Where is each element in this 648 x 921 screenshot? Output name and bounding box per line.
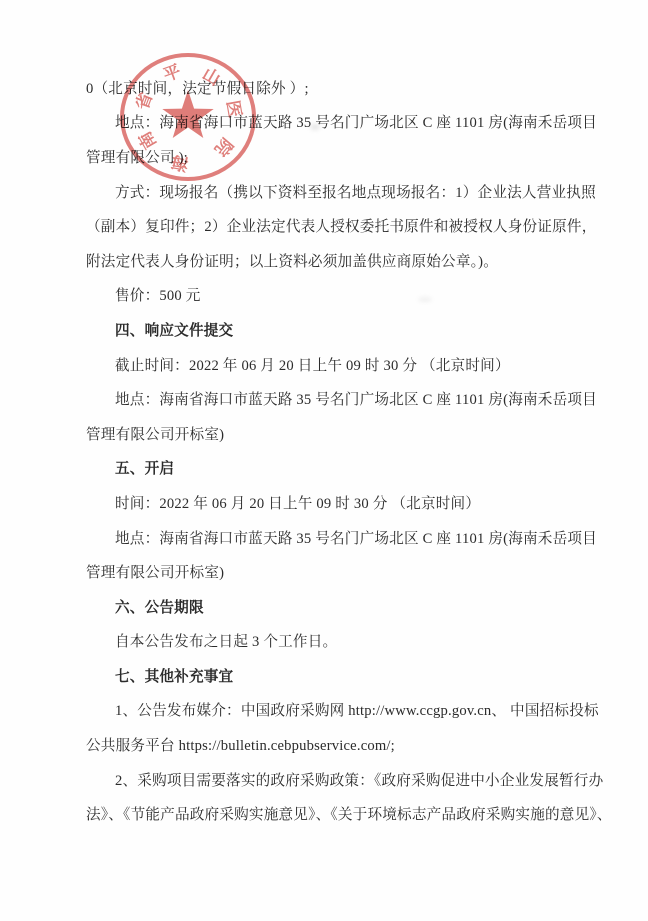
document-line: 2、采购项目需要落实的政府采购政策：《政府采购促进中小企业发展暂行办	[86, 762, 591, 797]
document-line: 法》、《节能产品政府采购实施意见》、《关于环境标志产品政府采购实施的意见》、	[86, 796, 591, 831]
document-line: 地点：海南省海口市蓝天路 35 号名门广场北区 C 座 1101 房(海南禾岳项…	[86, 520, 591, 555]
document-line: 地点：海南省海口市蓝天路 35 号名门广场北区 C 座 1101 房(海南禾岳项…	[86, 381, 591, 416]
document-line: 截止时间：2022 年 06 月 20 日上午 09 时 30 分 （北京时间）	[86, 347, 591, 382]
document-line: 六、公告期限	[86, 589, 591, 624]
document-line: 售价：500 元	[86, 278, 591, 313]
document-line: （副本）复印件；2）企业法定代表人授权委托书原件和被授权人身份证原件，	[86, 208, 591, 243]
document-line: 七、其他补充事宜	[86, 658, 591, 693]
document-line: 管理有限公司开标室)	[86, 554, 591, 589]
document-line: 时间：2022 年 06 月 20 日上午 09 时 30 分 （北京时间）	[86, 485, 591, 520]
document-line: 四、响应文件提交	[86, 312, 591, 347]
document-line: 0（北京时间，法定节假日除外 ）;	[86, 70, 591, 105]
document-line: 地点：海南省海口市蓝天路 35 号名门广场北区 C 座 1101 房(海南禾岳项…	[86, 105, 591, 140]
document-body: 0（北京时间，法定节假日除外 ）;地点：海南省海口市蓝天路 35 号名门广场北区…	[86, 70, 591, 831]
scan-smudge	[418, 297, 432, 302]
document-line: 自本公告发布之日起 3 个工作日。	[86, 624, 591, 659]
scanned-document-page: 0（北京时间，法定节假日除外 ）;地点：海南省海口市蓝天路 35 号名门广场北区…	[0, 0, 648, 921]
document-line: 公共服务平台 https://bulletin.cebpubservice.co…	[86, 727, 591, 762]
document-line: 管理有限公司开标室)	[86, 416, 591, 451]
document-line: 五、开启	[86, 451, 591, 486]
document-line: 附法定代表人身份证明；以上资料必须加盖供应商原始公章。)。	[86, 243, 591, 278]
scan-smudge	[310, 124, 320, 130]
document-line: 1、公告发布媒介：中国政府采购网 http://www.ccgp.gov.cn、…	[86, 693, 591, 728]
document-line: 管理有限公司 );	[86, 139, 591, 174]
document-line: 方式：现场报名（携以下资料至报名地点现场报名：1）企业法人营业执照	[86, 174, 591, 209]
